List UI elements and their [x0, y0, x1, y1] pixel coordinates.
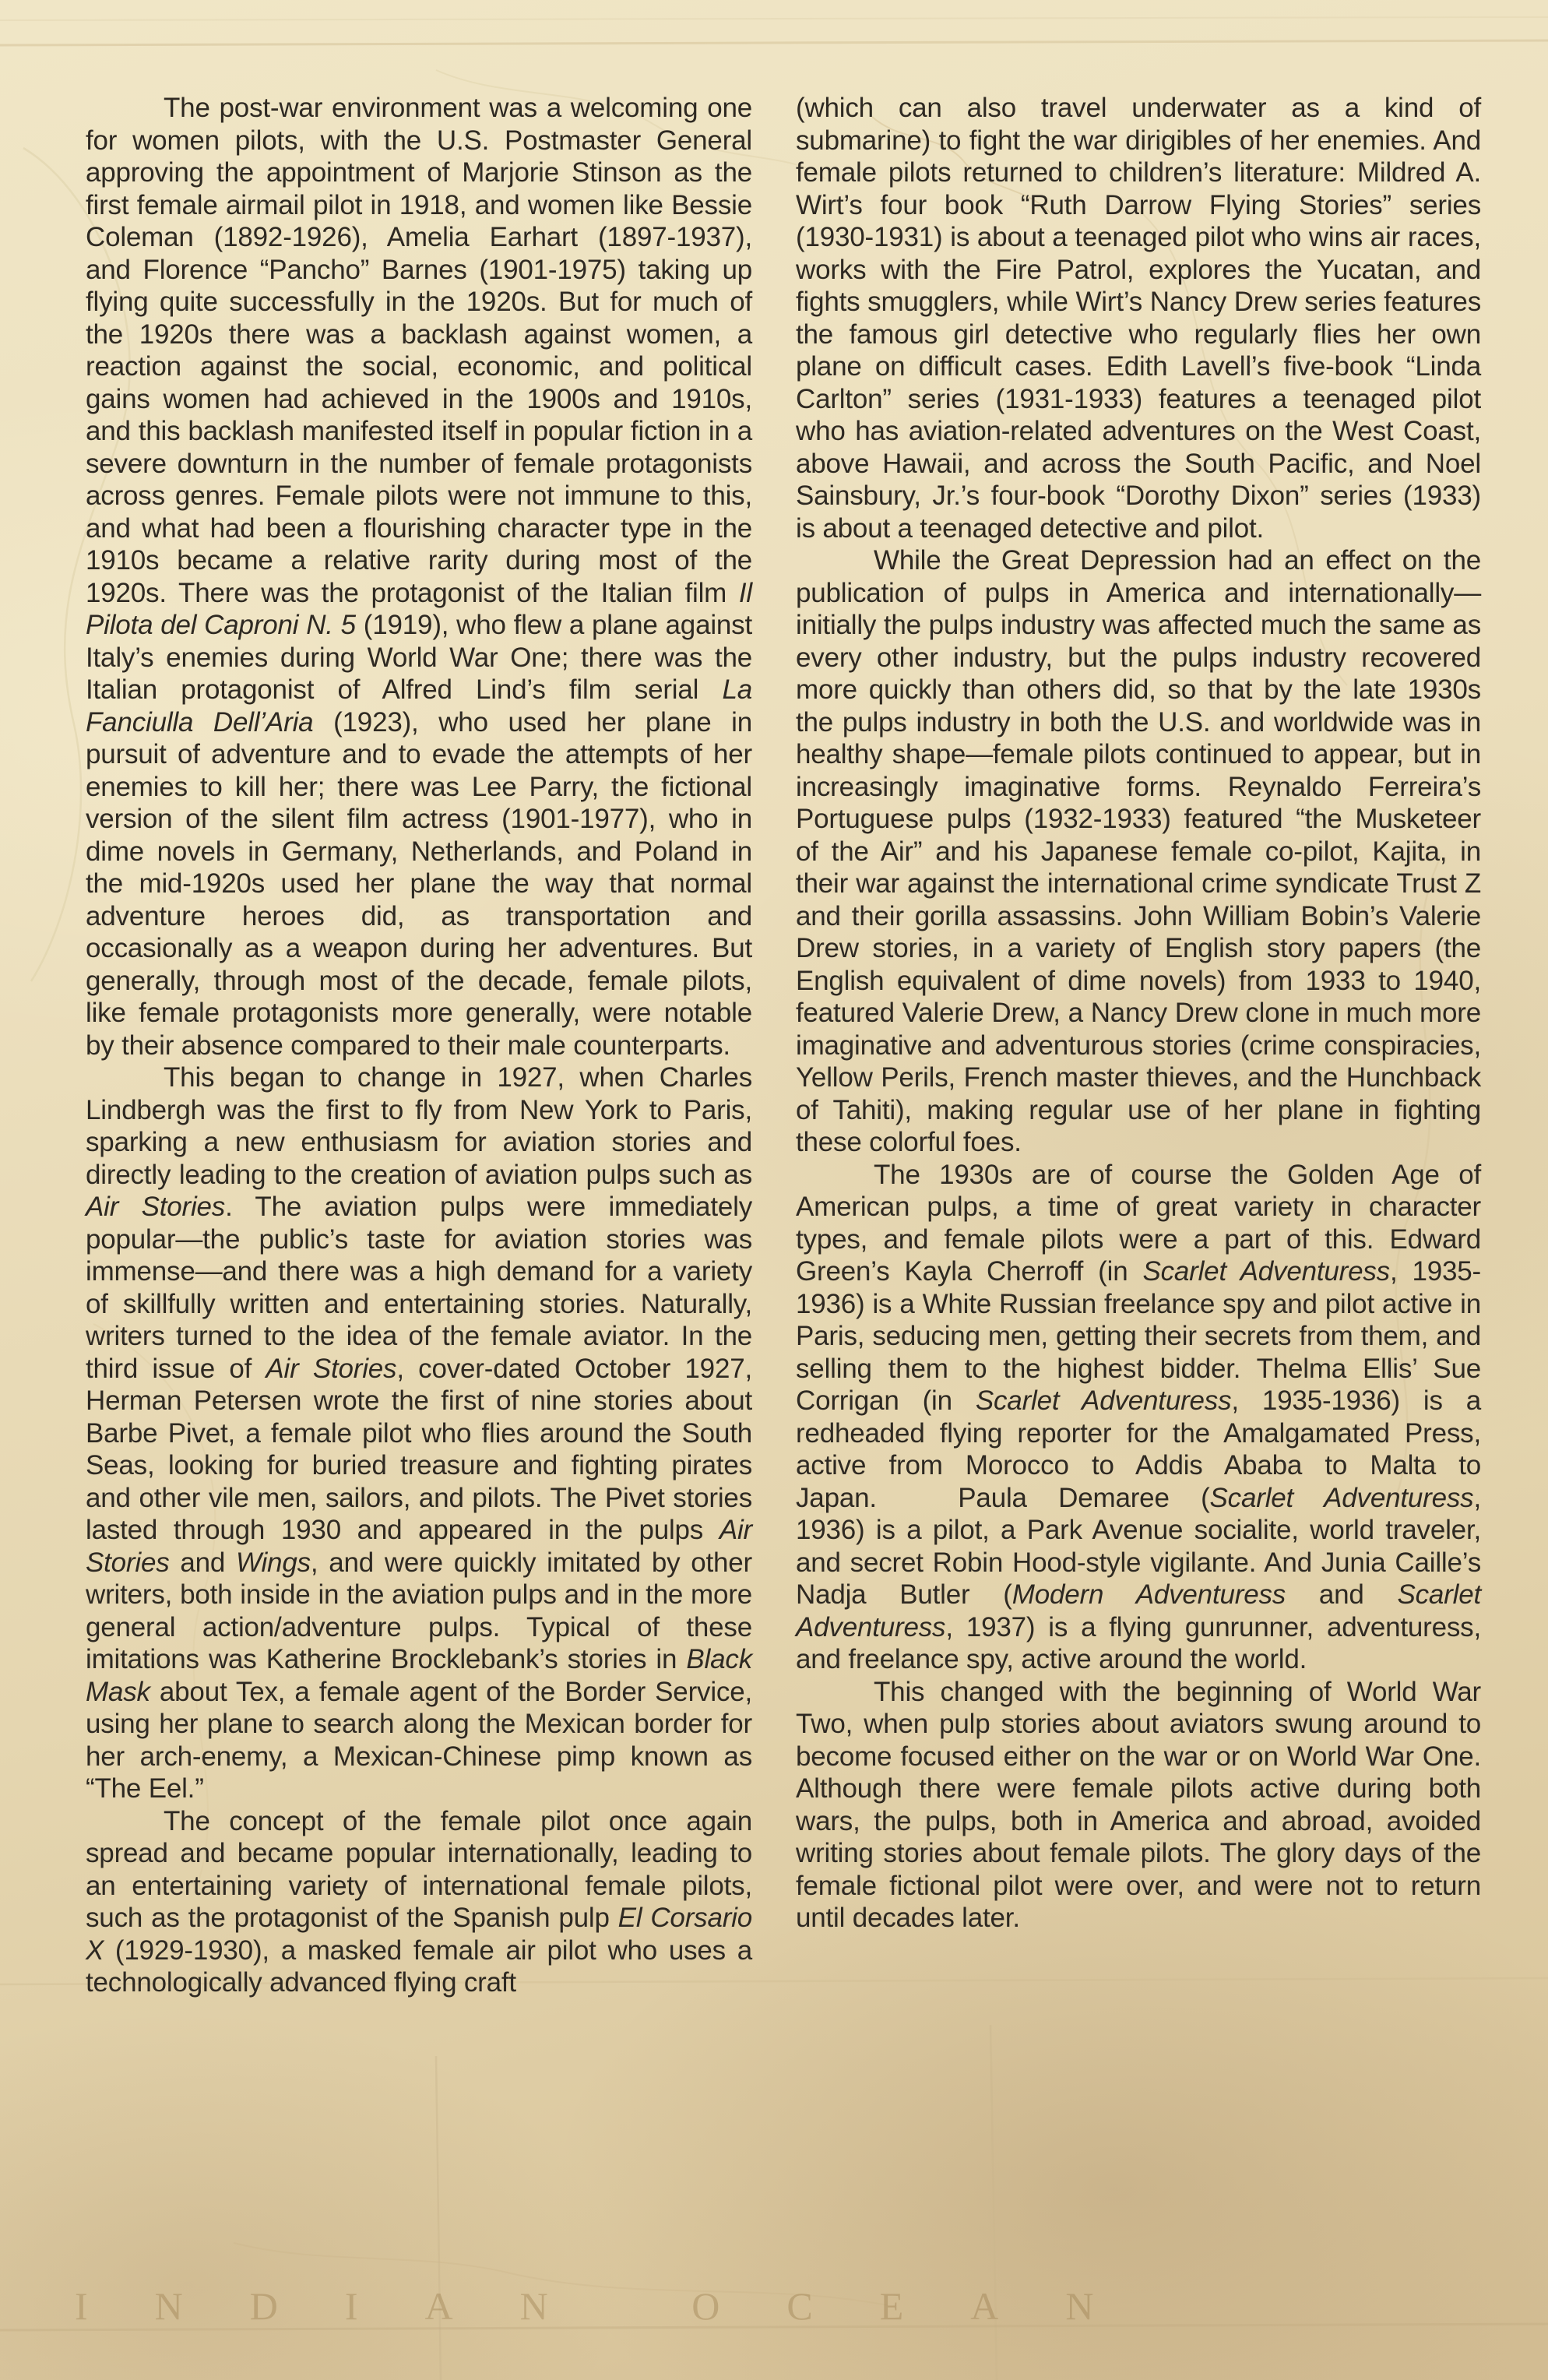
body-text: This changed with the beginning of World… — [796, 1677, 1481, 1934]
indian-ocean-watermark-label: INDIAN OCEAN — [75, 2283, 1160, 2329]
book-page: INDIAN OCEAN The post-war environment wa… — [0, 0, 1548, 2380]
body-text: (which can also travel underwater as a k… — [796, 93, 1481, 544]
title-italic-text: Air Stories — [86, 1192, 225, 1222]
map-gridline — [436, 2056, 441, 2380]
title-italic-text: Modern Adventuress — [1012, 1579, 1286, 1610]
paragraph: (which can also travel underwater as a k… — [796, 92, 1481, 544]
article-column-left: The post-war environment was a welcoming… — [86, 92, 752, 1999]
body-text: While the Great Depression had an effect… — [796, 545, 1481, 1157]
paragraph: The concept of the female pilot once aga… — [86, 1805, 752, 1999]
body-text: This began to change in 1927, when Charl… — [86, 1062, 752, 1190]
body-text: and — [1286, 1579, 1397, 1610]
article-column-right: (which can also travel underwater as a k… — [796, 92, 1481, 1999]
body-text: (1929-1930), a masked female air pilot w… — [86, 1935, 752, 1998]
paragraph: While the Great Depression had an effect… — [796, 544, 1481, 1159]
title-italic-text: Scarlet Adventuress — [976, 1385, 1232, 1416]
title-italic-text: Scarlet Adventuress — [1210, 1483, 1474, 1513]
body-text: about Tex, a female agent of the Border … — [86, 1677, 752, 1804]
body-text: and — [170, 1547, 236, 1578]
paragraph: This began to change in 1927, when Charl… — [86, 1061, 752, 1805]
paragraph: The 1930s are of course the Golden Age o… — [796, 1159, 1481, 1676]
title-italic-text: Air Stories — [266, 1354, 396, 1384]
article-body: The post-war environment was a welcoming… — [86, 92, 1481, 1999]
title-italic-text: Wings — [236, 1547, 311, 1578]
map-gridline — [0, 17, 1548, 20]
title-italic-text: Scarlet Adventuress — [1142, 1256, 1390, 1287]
body-text: The post-war environment was a welcoming… — [86, 93, 752, 608]
body-text: (1923), who used her plane in pursuit of… — [86, 707, 752, 1061]
paragraph: This changed with the beginning of World… — [796, 1676, 1481, 1935]
map-gridline — [0, 40, 1548, 45]
paragraph: The post-war environment was a welcoming… — [86, 92, 752, 1061]
